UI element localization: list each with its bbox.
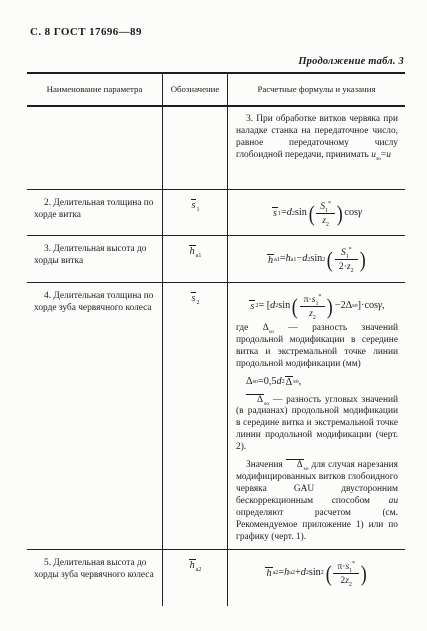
delta-bar-definition: Δso — разность угловых значений (в радиа… — [236, 394, 398, 455]
symbol-ha1: ha1 — [189, 246, 202, 257]
param-cell: 5. Делительная высота до хорды зуба черв… — [27, 550, 163, 606]
col-header-formulas: Расчетные формулы и указания — [228, 74, 405, 105]
symbol-s1: s1 — [191, 200, 200, 211]
table-row: 3. Делительная высота до хорды витка ha1… — [27, 236, 405, 282]
param-text: 4. Делительная толщина по хорде зуба чер… — [34, 290, 156, 314]
symbol-ha2: ha2 — [189, 560, 202, 571]
document-page: С. 8 ГОСТ 17696—89 Продолжение табл. 3 Н… — [0, 0, 427, 631]
symbol-cell — [163, 107, 228, 189]
col-header-designation: Обозначение — [163, 74, 228, 105]
formula-s1: s1=d2 sinS1*z2 cosγ — [236, 201, 398, 226]
param-cell — [27, 107, 163, 189]
formula-ha2: ha2=ha2+d2sin2π·s1*2z2 — [236, 561, 398, 586]
parameters-table: Наименование параметра Обозначение Расче… — [27, 72, 405, 606]
symbol-cell: s1 — [163, 190, 228, 235]
where-clause: где Δso — разность значений продольной м… — [236, 323, 398, 371]
symbol-cell: ha2 — [163, 550, 228, 606]
formula-cell: 3. При обработке витков червяка при нала… — [228, 107, 405, 189]
table-header-row: Наименование параметра Обозначение Расче… — [27, 74, 405, 107]
symbol-cell: ha1 — [163, 236, 228, 281]
note-paragraph: 3. При обработке витков червяка при нала… — [236, 114, 398, 162]
col-header-parameter: Наименование параметра — [27, 74, 163, 105]
formula-cell: s2= [d2sinπ·s1*z2 −2Δso]·cosγ, где Δso —… — [228, 283, 405, 549]
param-cell: 3. Делительная высота до хорды витка — [27, 236, 163, 281]
param-cell: 4. Делительная толщина по хорде зуба чер… — [27, 283, 163, 549]
param-text: 2. Делительная толщина по хорде витка — [34, 197, 156, 221]
param-cell: 2. Делительная толщина по хорде витка — [27, 190, 163, 235]
page-header: С. 8 ГОСТ 17696—89 — [30, 26, 142, 38]
formula-delta-so: Δso=0,5d2Δso, — [236, 376, 398, 389]
table-row: 5. Делительная высота до хорды зуба черв… — [27, 550, 405, 606]
param-text: 5. Делительная высота до хорды зуба черв… — [34, 557, 156, 581]
table-row: 3. При обработке витков червяка при нала… — [27, 107, 405, 190]
formula-cell: s1=d2 sinS1*z2 cosγ — [228, 190, 405, 235]
param-text: 3. Делительная высота до хорды витка — [34, 243, 156, 267]
table-row: 4. Делительная толщина по хорде зуба чер… — [27, 283, 405, 550]
gau-method-note: Значения Δso для случая нарезания модифи… — [236, 459, 398, 544]
formula-ha1: ha1=ha1 − d2 sin2S1*2·z2 — [236, 247, 398, 272]
formula-s2: s2= [d2sinπ·s1*z2 −2Δso]·cosγ, — [236, 294, 398, 319]
table-continuation-label: Продолжение табл. 3 — [298, 56, 404, 67]
formula-cell: ha1=ha1 − d2 sin2S1*2·z2 — [228, 236, 405, 281]
formula-cell: ha2=ha2+d2sin2π·s1*2z2 — [228, 550, 405, 606]
symbol-s2: s2 — [191, 293, 200, 304]
table-row: 2. Делительная толщина по хорде витка s1… — [27, 190, 405, 236]
symbol-cell: s2 — [163, 283, 228, 549]
